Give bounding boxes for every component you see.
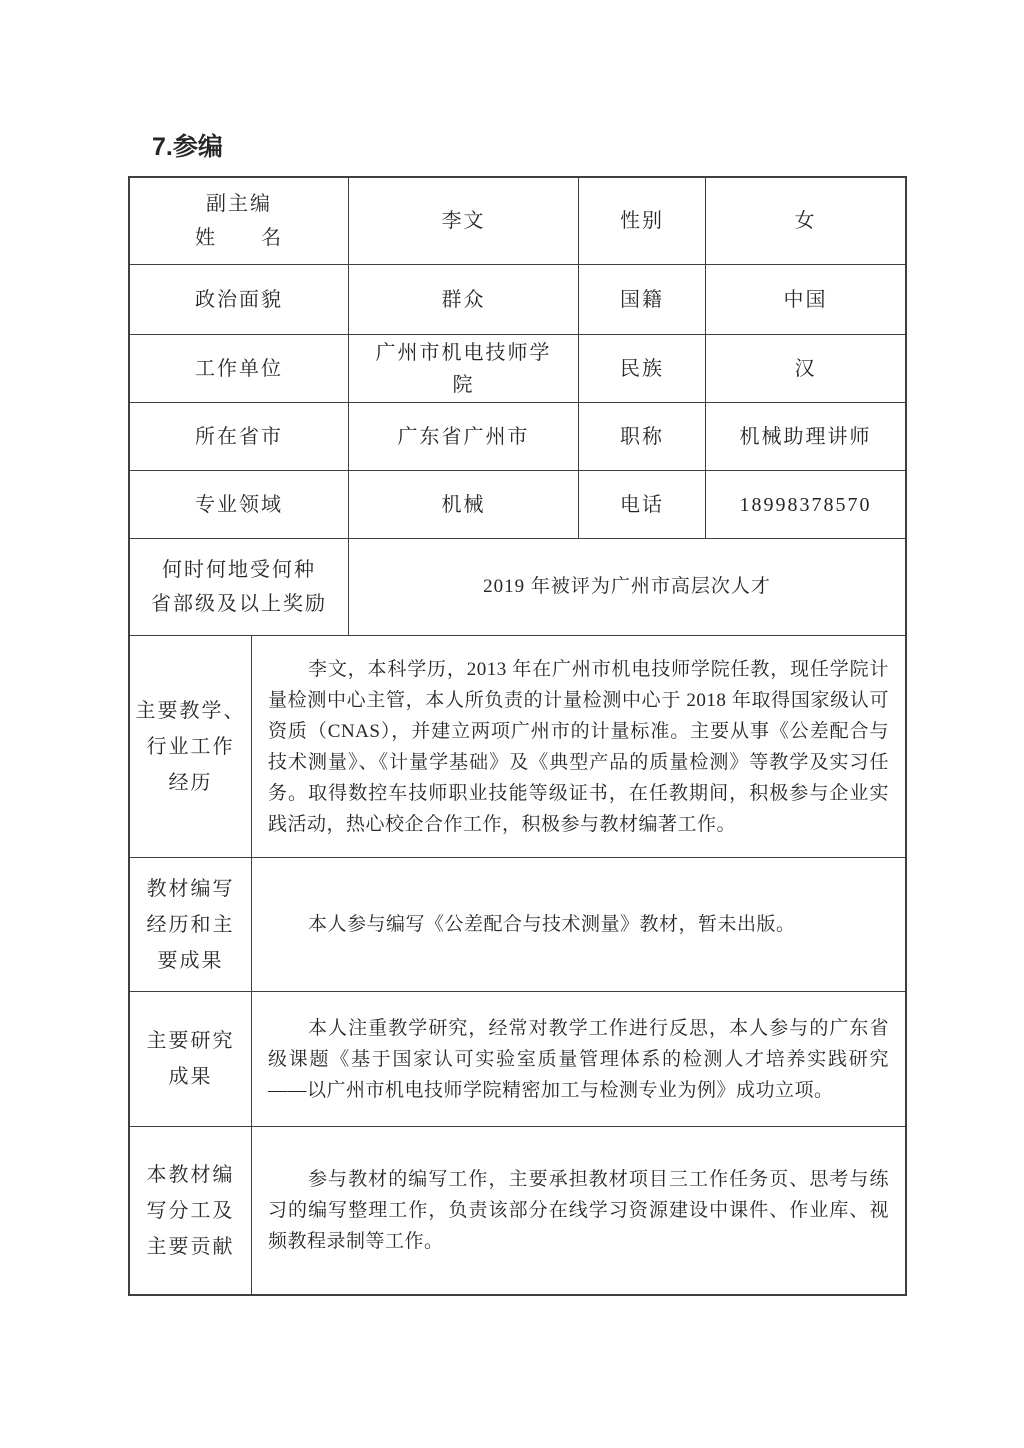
table-row-research-results: 主要研究 成果 本人注重教学研究，经常对教学工作进行反思，本人参与的广东省级课题… — [130, 991, 905, 1126]
table-row-province-title: 所在省市 广东省广州市 职称 机械助理讲师 — [130, 402, 905, 470]
textbook-writing-text: 本人参与编写《公差配合与技术测量》教材，暂未出版。 — [252, 909, 905, 940]
table-row-workunit-ethnicity: 工作单位 广州市机电技师学 院 民族 汉 — [130, 334, 905, 402]
political-status-value: 群众 — [348, 265, 578, 334]
job-title-label: 职称 — [578, 403, 705, 470]
work-unit-value: 广州市机电技师学 院 — [348, 335, 578, 402]
nationality-label: 国籍 — [578, 265, 705, 334]
table-row-awards: 何时何地受何种 省部级及以上奖励 2019 年被评为广州市高层次人才 — [130, 538, 905, 635]
teaching-experience-cell: 李文，本科学历，2013 年在广州市机电技师学院任教，现任学院计量检测中心主管，… — [251, 636, 905, 857]
professional-field-label: 专业领域 — [130, 471, 348, 538]
textbook-writing-label: 教材编写 经历和主 要成果 — [130, 858, 251, 991]
teaching-experience-label: 主要教学、 行业工作 经历 — [130, 636, 251, 857]
ethnicity-label: 民族 — [578, 335, 705, 402]
research-results-text: 本人注重教学研究，经常对教学工作进行反思，本人参与的广东省级课题《基于国家认可实… — [252, 1013, 905, 1106]
name-field-label: 副主编 姓 名 — [130, 178, 348, 264]
contributor-info-table: 副主编 姓 名 李文 性别 女 政治面貌 群众 国籍 中国 工作单位 广州市机电… — [128, 176, 907, 1296]
awards-label: 何时何地受何种 省部级及以上奖励 — [130, 539, 348, 635]
table-row-field-phone: 专业领域 机械 电话 18998378570 — [130, 470, 905, 538]
research-results-cell: 本人注重教学研究，经常对教学工作进行反思，本人参与的广东省级课题《基于国家认可实… — [251, 992, 905, 1126]
phone-value: 18998378570 — [705, 471, 905, 538]
contribution-cell: 参与教材的编写工作，主要承担教材项目三工作任务页、思考与练习的编写整理工作，负责… — [251, 1127, 905, 1294]
teaching-experience-text: 李文，本科学历，2013 年在广州市机电技师学院任教，现任学院计量检测中心主管，… — [252, 654, 905, 840]
gender-value: 女 — [705, 178, 905, 264]
gender-field-label: 性别 — [578, 178, 705, 264]
contribution-text: 参与教材的编写工作，主要承担教材项目三工作任务页、思考与练习的编写整理工作，负责… — [252, 1164, 905, 1257]
table-row-textbook-writing: 教材编写 经历和主 要成果 本人参与编写《公差配合与技术测量》教材，暂未出版。 — [130, 857, 905, 991]
page-title: 7.参编 — [152, 131, 1024, 163]
work-unit-label: 工作单位 — [130, 335, 348, 402]
table-row-name-gender: 副主编 姓 名 李文 性别 女 — [130, 178, 905, 264]
table-row-teaching-experience: 主要教学、 行业工作 经历 李文，本科学历，2013 年在广州市机电技师学院任教… — [130, 635, 905, 857]
name-value: 李文 — [348, 178, 578, 264]
phone-label: 电话 — [578, 471, 705, 538]
province-city-label: 所在省市 — [130, 403, 348, 470]
research-results-label: 主要研究 成果 — [130, 992, 251, 1126]
document-page: 7.参编 副主编 姓 名 李文 性别 女 政治面貌 群众 国籍 中国 工作单位 … — [0, 0, 1024, 1448]
contribution-label: 本教材编 写分工及 主要贡献 — [130, 1127, 251, 1294]
professional-field-value: 机械 — [348, 471, 578, 538]
nationality-value: 中国 — [705, 265, 905, 334]
table-row-contribution: 本教材编 写分工及 主要贡献 参与教材的编写工作，主要承担教材项目三工作任务页、… — [130, 1126, 905, 1294]
job-title-value: 机械助理讲师 — [705, 403, 905, 470]
table-row-politics-nationality: 政治面貌 群众 国籍 中国 — [130, 264, 905, 334]
ethnicity-value: 汉 — [705, 335, 905, 402]
political-status-label: 政治面貌 — [130, 265, 348, 334]
awards-value: 2019 年被评为广州市高层次人才 — [348, 539, 905, 635]
province-city-value: 广东省广州市 — [348, 403, 578, 470]
textbook-writing-cell: 本人参与编写《公差配合与技术测量》教材，暂未出版。 — [251, 858, 905, 991]
